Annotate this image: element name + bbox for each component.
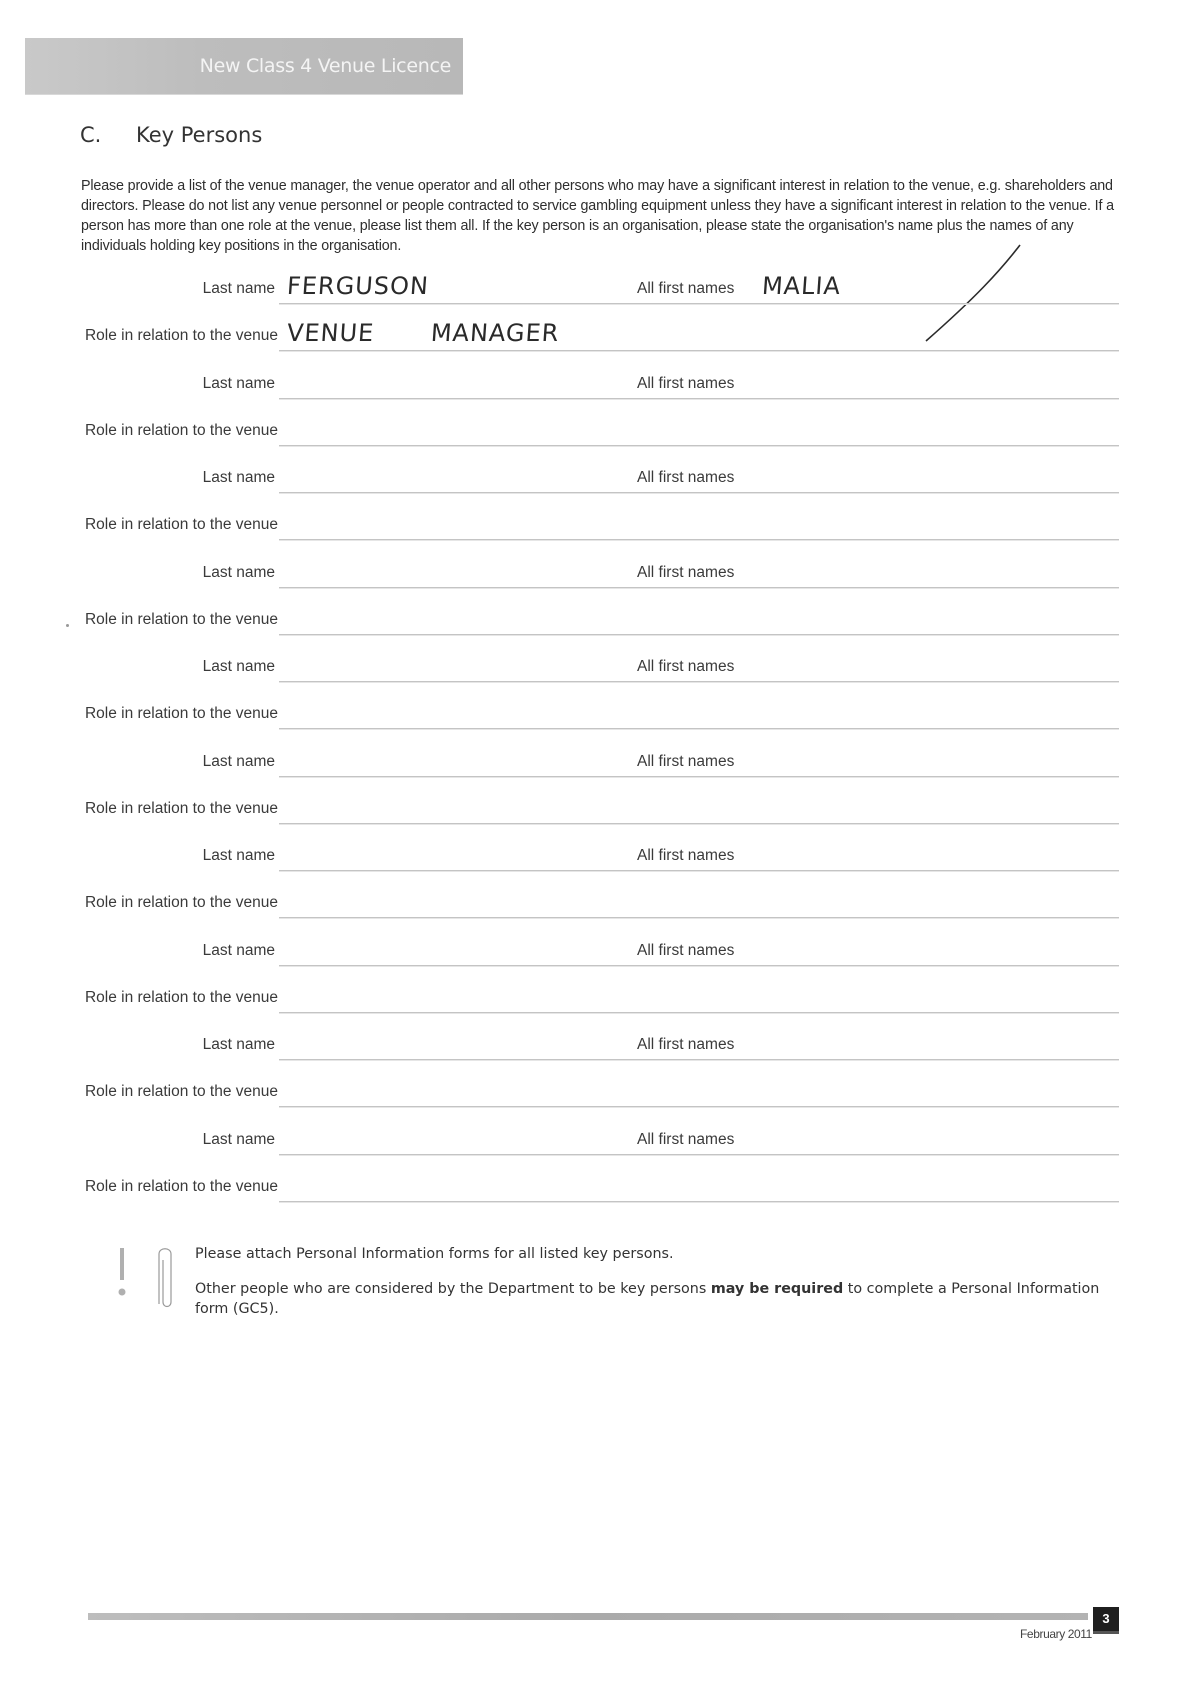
first-names-field[interactable]	[759, 743, 1095, 775]
last-name-label: Last name	[203, 658, 275, 676]
role-field[interactable]	[284, 1072, 1110, 1106]
first-names-label: All first names	[637, 280, 734, 298]
first-names-label: All first names	[637, 375, 734, 393]
first-names-field[interactable]	[759, 837, 1095, 869]
last-name-field[interactable]	[284, 270, 620, 302]
last-name-label: Last name	[203, 564, 275, 582]
key-person-entry: Last nameAll first namesRole in relation…	[0, 847, 1190, 942]
role-underline	[279, 1012, 1119, 1013]
last-name-field[interactable]	[284, 648, 620, 680]
name-underline	[279, 1154, 1119, 1155]
role-label: Role in relation to the venue	[85, 800, 278, 818]
key-person-entry: Last nameAll first namesRole in relation…	[0, 375, 1190, 470]
form-title: New Class 4 Venue Licence	[200, 55, 451, 77]
last-name-label: Last name	[203, 1131, 275, 1149]
footer-date: February 2011	[1020, 1627, 1092, 1641]
role-label: Role in relation to the venue	[85, 894, 278, 912]
name-underline	[279, 776, 1119, 777]
note-line-1: Please attach Personal Information forms…	[195, 1244, 1115, 1264]
name-underline	[279, 965, 1119, 966]
last-name-field[interactable]	[284, 743, 620, 775]
first-names-label: All first names	[637, 847, 734, 865]
role-label: Role in relation to the venue	[85, 1178, 278, 1196]
first-names-field[interactable]	[759, 459, 1095, 491]
name-underline	[279, 492, 1119, 493]
first-names-label: All first names	[637, 942, 734, 960]
name-underline	[279, 870, 1119, 871]
note-emphasis: may be required	[711, 1281, 843, 1297]
first-names-label: All first names	[637, 1036, 734, 1054]
last-name-field[interactable]	[284, 365, 620, 397]
role-label: Role in relation to the venue	[85, 611, 278, 629]
last-name-label: Last name	[203, 469, 275, 487]
role-field[interactable]	[284, 1167, 1110, 1201]
last-name-field[interactable]	[284, 1121, 620, 1153]
role-field[interactable]	[284, 411, 1110, 445]
last-name-label: Last name	[203, 942, 275, 960]
note-text: Please attach Personal Information forms…	[195, 1244, 1115, 1334]
last-name-label: Last name	[203, 847, 275, 865]
section-heading: C.Key Persons	[80, 123, 262, 147]
last-name-label: Last name	[203, 375, 275, 393]
key-person-entry: Last nameAll first namesRole in relation…	[0, 753, 1190, 848]
header-banner: New Class 4 Venue Licence	[25, 38, 463, 95]
key-person-entry: Last nameAll first namesRole in relation…	[0, 280, 1190, 375]
section-title: Key Persons	[136, 123, 262, 147]
role-underline	[279, 445, 1119, 446]
role-field[interactable]	[284, 600, 1110, 634]
role-underline	[279, 917, 1119, 918]
key-person-entry: Last nameAll first namesRole in relation…	[0, 469, 1190, 564]
first-names-field[interactable]	[759, 270, 1095, 302]
role-field[interactable]	[284, 789, 1110, 823]
role-field[interactable]	[284, 505, 1110, 539]
exclamation-icon	[115, 1246, 129, 1302]
last-name-field[interactable]	[284, 932, 620, 964]
name-underline	[279, 587, 1119, 588]
role-field[interactable]	[284, 694, 1110, 728]
role-underline	[279, 539, 1119, 540]
first-names-label: All first names	[637, 469, 734, 487]
key-person-entry: Last nameAll first namesRole in relation…	[0, 658, 1190, 753]
name-underline	[279, 398, 1119, 399]
last-name-label: Last name	[203, 753, 275, 771]
last-name-field[interactable]	[284, 837, 620, 869]
role-underline	[279, 1106, 1119, 1107]
first-names-label: All first names	[637, 564, 734, 582]
role-underline	[279, 728, 1119, 729]
name-underline	[279, 1059, 1119, 1060]
role-label: Role in relation to the venue	[85, 705, 278, 723]
key-person-entry: Last nameAll first namesRole in relation…	[0, 1131, 1190, 1226]
role-label: Role in relation to the venue	[85, 516, 278, 534]
name-underline	[279, 681, 1119, 682]
role-label: Role in relation to the venue	[85, 1083, 278, 1101]
note-line-2: Other people who are considered by the D…	[195, 1279, 1115, 1319]
first-names-field[interactable]	[759, 554, 1095, 586]
role-label: Role in relation to the venue	[85, 989, 278, 1007]
first-names-label: All first names	[637, 658, 734, 676]
scan-speck	[66, 624, 69, 627]
key-person-entry: Last nameAll first namesRole in relation…	[0, 564, 1190, 659]
first-names-field[interactable]	[759, 365, 1095, 397]
role-label: Role in relation to the venue	[85, 327, 278, 345]
first-names-label: All first names	[637, 753, 734, 771]
section-number: C.	[80, 123, 136, 147]
key-person-entry: Last nameAll first namesRole in relation…	[0, 1036, 1190, 1131]
role-field[interactable]	[284, 316, 1110, 350]
role-underline	[279, 823, 1119, 824]
role-underline	[279, 1201, 1119, 1202]
key-person-entry: Last nameAll first namesRole in relation…	[0, 942, 1190, 1037]
footer-rule	[88, 1613, 1088, 1620]
role-underline	[279, 350, 1119, 351]
role-label: Role in relation to the venue	[85, 422, 278, 440]
paperclip-icon	[151, 1244, 177, 1310]
last-name-label: Last name	[203, 1036, 275, 1054]
last-name-field[interactable]	[284, 554, 620, 586]
last-name-field[interactable]	[284, 459, 620, 491]
first-names-field[interactable]	[759, 648, 1095, 680]
first-names-field[interactable]	[759, 932, 1095, 964]
role-field[interactable]	[284, 883, 1110, 917]
first-names-field[interactable]	[759, 1026, 1095, 1058]
name-underline	[279, 303, 1119, 304]
last-name-label: Last name	[203, 280, 275, 298]
first-names-label: All first names	[637, 1131, 734, 1149]
role-underline	[279, 634, 1119, 635]
role-field[interactable]	[284, 978, 1110, 1012]
page-number: 3	[1093, 1607, 1119, 1634]
first-names-field[interactable]	[759, 1121, 1095, 1153]
last-name-field[interactable]	[284, 1026, 620, 1058]
